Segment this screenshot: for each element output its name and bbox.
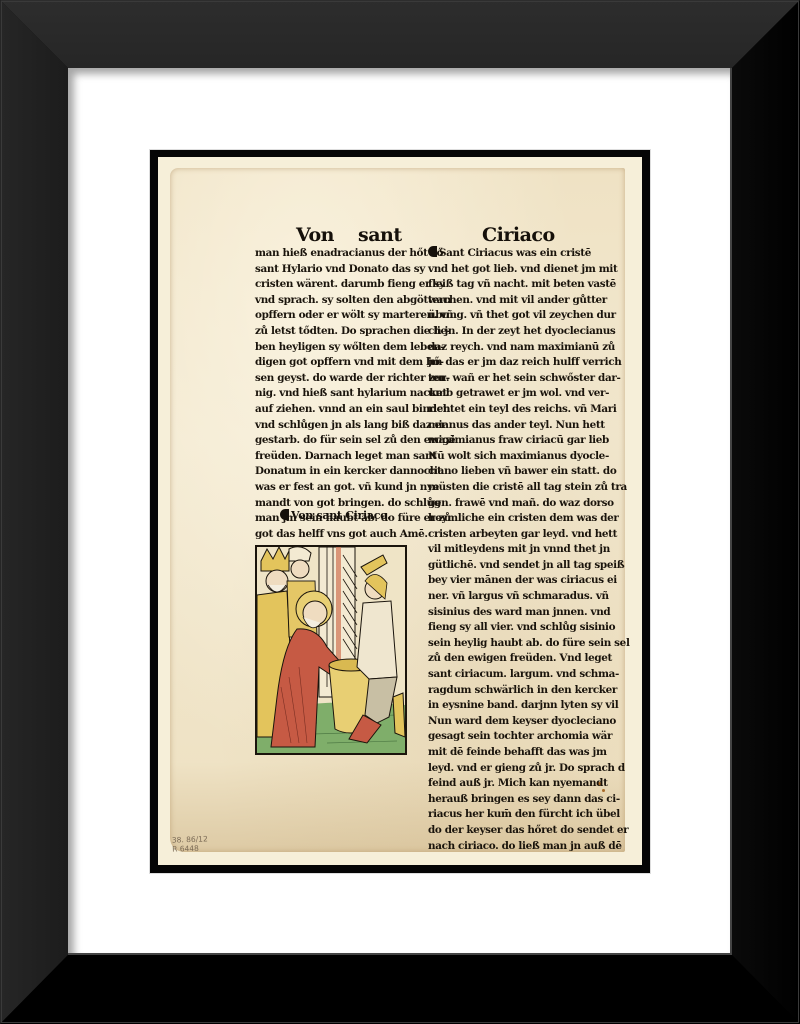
- text-line: ciano lieben vñ bawer ein statt. do: [428, 464, 600, 480]
- text-line: bey vier mānen der was ciriacus ei: [428, 573, 600, 589]
- paragraph-mark-icon: [428, 246, 437, 257]
- text-line: vil mitleydens mit jn vnnd thet jn: [428, 542, 600, 558]
- text-line: cristen wärent. darumb fieng er sy: [255, 277, 423, 293]
- text-line: sant Hylario vnd Donato das sy: [255, 262, 423, 278]
- text-line: zů den ewigen freüden. Vnd leget: [428, 651, 600, 667]
- text-line: gesagt sein tochter archomia wär: [428, 729, 600, 745]
- frame-right-rail: [732, 0, 800, 1024]
- text-line: fleiß tag vñ nacht. mit beten vastē: [428, 277, 600, 293]
- running-head-word-2: sant: [358, 224, 402, 246]
- text-line: sein heylig haubt ab. do füre sein sel: [428, 636, 600, 652]
- text-line: cristen arbeyten gar leyd. vnd hett: [428, 527, 600, 543]
- foxing-spot: [602, 789, 605, 792]
- text-line: was er fest an got. vñ kund jn nye: [255, 480, 423, 496]
- text-line: jm das er jm daz reich hulff verrich: [428, 355, 600, 371]
- text-line: do der keyser das hőret do sendet er: [428, 823, 600, 839]
- text-line: ben heyligen sy wőlten dem leben-: [255, 340, 423, 356]
- text-line: wachen. vnd mit vil ander gůtter: [428, 293, 600, 309]
- text-line: digen got opffern vnd mit dem bő-: [255, 355, 423, 371]
- text-line: auf ziehen. vnnd an ein saul binden: [255, 402, 423, 418]
- running-head-word-1: Von: [296, 224, 334, 246]
- text-line: fieng sy all vier. vnd schlůg sisinio: [428, 620, 600, 636]
- text-line: mit dē feinde behafft das was jm: [428, 745, 600, 761]
- text-line: Donatum in ein kercker dannocht: [255, 464, 423, 480]
- text-line: gütlichē. vnd sendet jn all tag speiß: [428, 558, 600, 574]
- paragraph-mark-icon: [280, 509, 289, 520]
- text-line: vnd sprach. sy solten den abgöttern: [255, 293, 423, 309]
- text-line: gestarb. do für sein sel zů den ewigē: [255, 433, 423, 449]
- text-line: ner. vñ largus vñ schmaradus. vñ: [428, 589, 600, 605]
- text-line: herauß bringen es sey dann das ci-: [428, 792, 600, 808]
- text-line: ragdum schwärlich in den kercker: [428, 683, 600, 699]
- frame-top-rail: [0, 0, 800, 68]
- chapter-subheading: Von sant Ciriaco.: [280, 509, 391, 522]
- text-line: nig. vnd hieß sant hylarium nacket: [255, 386, 423, 402]
- text-line: got das helff vns got auch Amē.: [255, 527, 423, 543]
- text-line: in eysnine band. darjnn lyten sy vil: [428, 698, 600, 714]
- running-head-word-3: Ciriaco: [482, 224, 555, 246]
- text-line: riacus her kum̄ den fürcht ich übel: [428, 807, 600, 823]
- frame-bottom-rail: [0, 955, 800, 1024]
- right-text-column: Sant Ciriacus was ein cristē vnd het got…: [428, 246, 600, 854]
- left-text-column: man hieß enadracianus der hőt vő sant Hy…: [255, 246, 423, 542]
- text-line: sant ciriacum. largum. vnd schma-: [428, 667, 600, 683]
- text-line: vnd schlůgen jn als lang biß daz er: [255, 418, 423, 434]
- archival-pencil-marking: 38. 86/12 R 6448: [172, 834, 209, 853]
- text-line: umb getrawet er jm wol. vnd ver-: [428, 386, 600, 402]
- text-line: Nun ward dem keyser dyocleciano: [428, 714, 600, 730]
- text-line: feind auß jr. Mich kan nyemandt: [428, 776, 600, 792]
- text-line: mianus das ander teyl. Nun hett: [428, 418, 600, 434]
- text-line: heymliche ein cristen dem was der: [428, 511, 600, 527]
- woodcut-illustration: [255, 545, 407, 755]
- text-line-content: Sant Ciriacus was ein cristē: [439, 247, 591, 259]
- text-line: vnd het got lieb. vnd dienet jm mit: [428, 262, 600, 278]
- text-line: daz reych. vnd nam maximianū zů: [428, 340, 600, 356]
- reference-number: R 6448: [172, 843, 208, 853]
- text-line: leyd. vnd er gieng zů jr. Do sprach d: [428, 761, 600, 777]
- text-line: opffern oder er wölt sy marteren. vñ: [255, 308, 423, 324]
- text-line: zů letst tődten. Do sprachen die lie-: [255, 324, 423, 340]
- text-line: sisinius des ward man jnnen. vnd: [428, 605, 600, 621]
- text-line: übung. vñ thet got vil zeychen dur: [428, 308, 600, 324]
- woodcut-scene-icon: [257, 547, 405, 753]
- text-line: nach ciriaco. do ließ man jn auß dē: [428, 839, 600, 855]
- text-line: maximianus fraw ciriacū gar lieb: [428, 433, 600, 449]
- text-line: richtet ein teyl des reichs. vñ Mari: [428, 402, 600, 418]
- text-line: ten. wañ er het sein schwőster dar-: [428, 371, 600, 387]
- text-line: gen. frawē vnd mañ. do waz dorso: [428, 496, 600, 512]
- text-line: Nū wolt sich maximianus dyocle-: [428, 449, 600, 465]
- subheading-text: Von sant Ciriaco.: [291, 509, 391, 522]
- text-line: ch jn. In der zeyt het dyoclecianus: [428, 324, 600, 340]
- text-line: freüden. Darnach leget man sant: [255, 449, 423, 465]
- text-line: müsten die cristē all tag stein zů tra: [428, 480, 600, 496]
- text-line: Sant Ciriacus was ein cristē: [428, 246, 600, 262]
- text-line: man hieß enadracianus der hőt vő: [255, 246, 423, 262]
- text-line: sen geyst. do warde der richter zor-: [255, 371, 423, 387]
- frame-left-rail: [0, 0, 68, 1024]
